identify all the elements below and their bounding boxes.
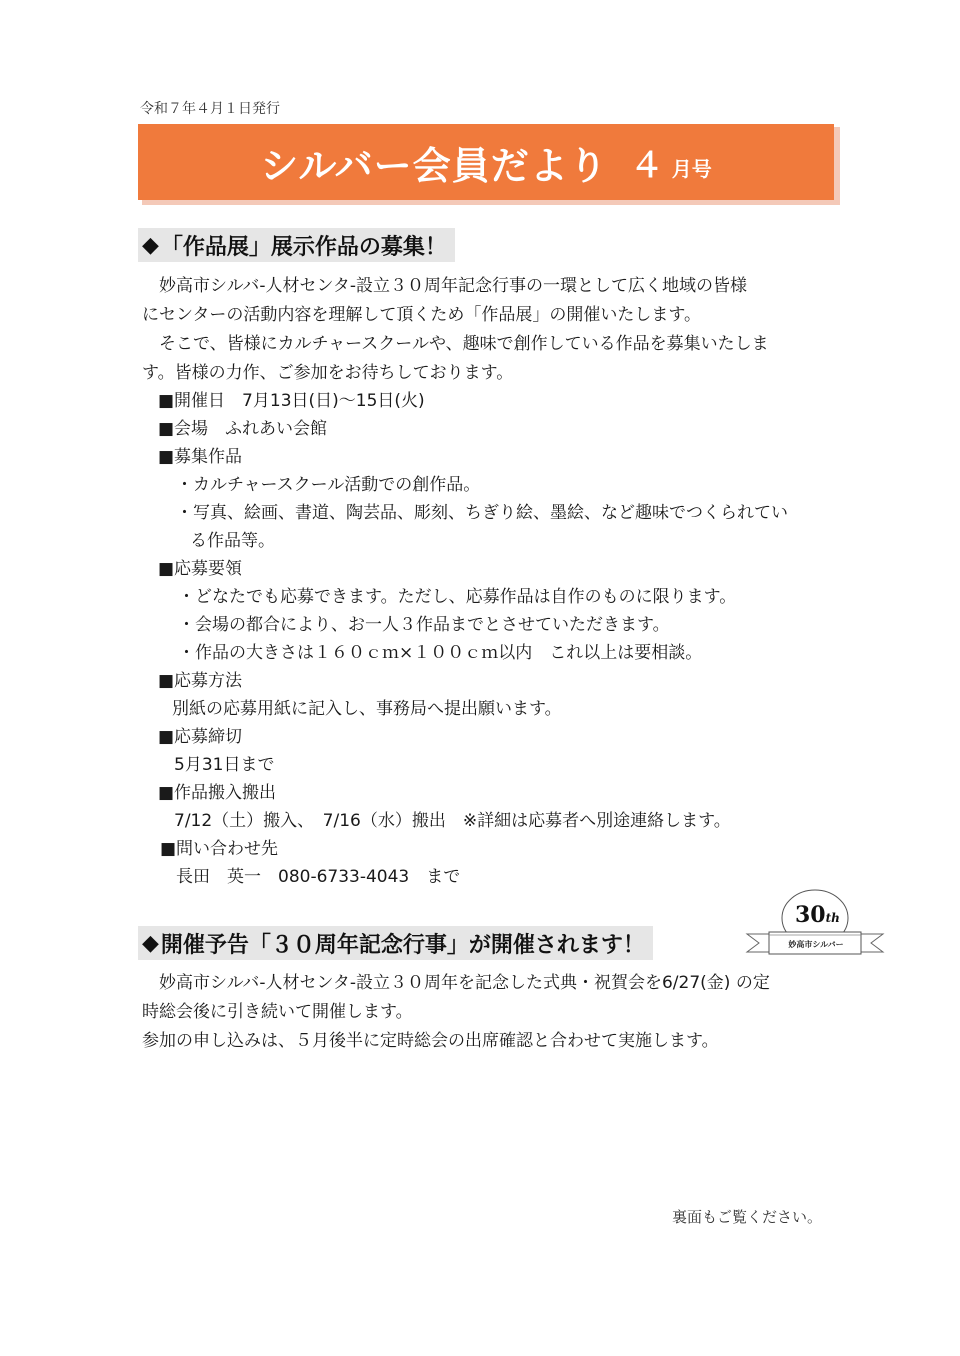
issue-date: 令和７年４月１日発行: [140, 98, 280, 118]
works-bullet: ・写真、絵画、書道、陶芸品、彫刻、ちぎり絵、墨絵、など趣味でつくられてい: [176, 499, 788, 527]
deadline-text: 5月31日まで: [174, 751, 274, 779]
section2-heading-text: 開催予告「３０周年記念行事」が開催されます！: [161, 928, 645, 959]
method-label: ■応募方法: [158, 667, 242, 695]
works-bullet: ・カルチャースクール活動での創作品。: [176, 471, 480, 499]
footer-note: 裏面もご覧ください。: [672, 1206, 822, 1227]
section1-heading: ◆ 「作品展」展示作品の募集！: [138, 228, 455, 262]
contact-text: 長田 英一 080-6733-4043 まで: [176, 863, 460, 891]
method-text: 別紙の応募用紙に記入し、事務局へ提出願います。: [172, 695, 562, 723]
contact-label: ■問い合わせ先: [160, 835, 278, 863]
event-date: ■開催日 7月13日(日)～15日(火): [158, 387, 425, 415]
body-line: 時総会後に引き続いて開催します。: [142, 998, 852, 1027]
deadline-label: ■応募締切: [158, 723, 242, 751]
section1-heading-text: 「作品展」展示作品の募集！: [161, 230, 447, 261]
intro-line: にセンターの活動内容を理解して頂くため「作品展」の開催いたします。: [142, 301, 842, 330]
works-label: ■募集作品: [158, 443, 242, 471]
intro-line: 妙高市シルバ-人材センタ-設立３０周年記念行事の一環として広く地域の皆様: [142, 272, 842, 301]
newsletter-title: シルバー会員だより: [260, 135, 607, 190]
body-line: 参加の申し込みは、５月後半に定時総会の出席確認と合わせて実施します。: [142, 1027, 852, 1056]
guidelines-bullet: ・作品の大きさは１６０ｃｍ×１００ｃｍ以内 これ以上は要相談。: [178, 639, 702, 667]
transport-label: ■作品搬入搬出: [158, 779, 276, 807]
guidelines-bullet: ・どなたでも応募できます。ただし、応募作品は自作のものに限ります。: [178, 583, 736, 611]
issue-suffix: 月号: [672, 153, 712, 182]
works-bullet-cont: る作品等。: [190, 527, 275, 555]
badge-number: 30th: [795, 902, 840, 928]
section2-heading: ◆ 開催予告「３０周年記念行事」が開催されます！: [138, 926, 653, 960]
guidelines-label: ■応募要領: [158, 555, 242, 583]
intro-line: す。皆様の力作、ご参加をお待ちしております。: [142, 359, 842, 388]
issue-number: ４: [630, 138, 664, 187]
diamond-icon: ◆: [142, 931, 159, 956]
intro-line: そこで、皆様にカルチャースクールや、趣味で創作している作品を募集いたしま: [142, 330, 842, 359]
badge-suffix: th: [826, 911, 840, 925]
body-line: 妙高市シルバ-人材センタ-設立３０周年を記念した式典・祝賀会を6/27(金) の…: [142, 969, 852, 998]
badge-ribbon-text: 妙高市シルバー: [781, 939, 851, 950]
venue: ■会場 ふれあい会館: [158, 415, 327, 443]
transport-text: 7/12（土）搬入、 7/16（水）搬出 ※詳細は応募者へ別途連絡します。: [174, 807, 731, 835]
section1-intro: 妙高市シルバ-人材センタ-設立３０周年記念行事の一環として広く地域の皆様 にセン…: [142, 272, 842, 388]
guidelines-bullet: ・会場の都合により、お一人３作品までとさせていただきます。: [178, 611, 670, 639]
section2-body: 妙高市シルバ-人材センタ-設立３０周年を記念した式典・祝賀会を6/27(金) の…: [142, 969, 852, 1056]
title-banner: シルバー会員だより ４ 月号: [138, 124, 834, 200]
diamond-icon: ◆: [142, 233, 159, 258]
anniversary-badge: 30th 妙高市シルバー: [745, 888, 885, 958]
